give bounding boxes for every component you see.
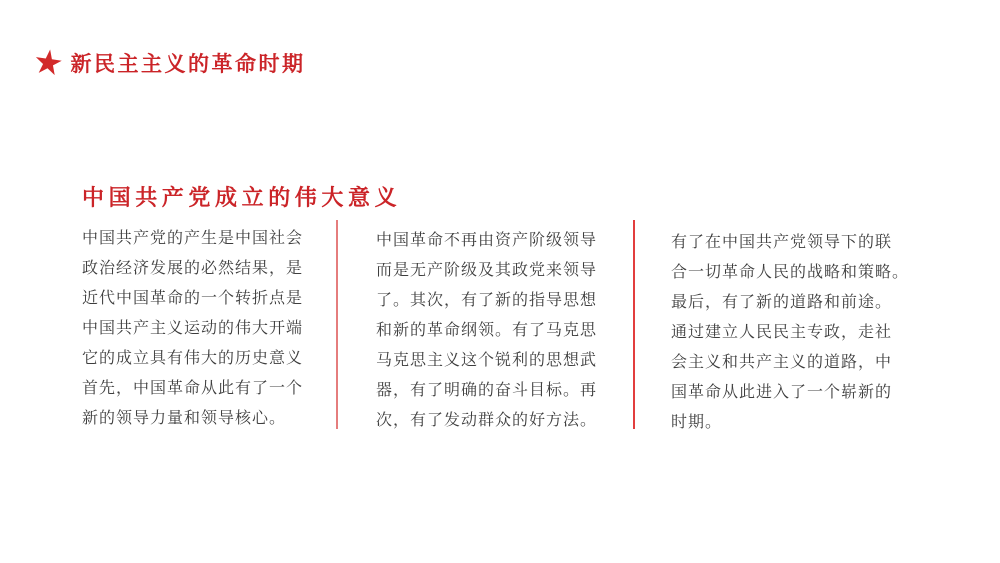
text-line: 了。其次，有了新的指导思想 [376,286,616,316]
text-line: 中国共产主义运动的伟大开端 [82,314,322,344]
text-line: 器，有了明确的奋斗目标。再 [376,376,616,406]
column-1: 中国共产党的产生是中国社会 政治经济发展的必然结果，是 近代中国革命的一个转折点… [82,224,322,434]
text-line: 国革命从此进入了一个崭新的 [671,378,921,408]
text-line: 最后，有了新的道路和前途。 [671,288,921,318]
text-line: 首先，中国革命从此有了一个 [82,374,322,404]
text-line: 次，有了发动群众的好方法。 [376,406,616,436]
text-line: 中国共产党的产生是中国社会 [82,224,322,254]
text-line: 马克思主义这个锐利的思想武 [376,346,616,376]
text-line: 而是无产阶级及其政党来领导 [376,256,616,286]
text-line: 有了在中国共产党领导下的联 [671,228,921,258]
star-icon: ★ [31,44,66,82]
section-heading: 中国共产党成立的伟大意义 [82,181,401,212]
text-line: 近代中国革命的一个转折点是 [82,284,322,314]
text-line: 政治经济发展的必然结果，是 [82,254,322,284]
column-divider-left [336,220,338,429]
text-line: 中国革命不再由资产阶级领导 [376,226,616,256]
text-line: 新的领导力量和领导核心。 [82,404,322,434]
slide-title: 新民主主义的革命时期 [70,48,305,78]
text-line: 时期。 [671,408,921,438]
text-line: 会主义和共产主义的道路，中 [671,348,921,378]
text-line: 它的成立具有伟大的历史意义 [82,344,322,374]
column-2: 中国革命不再由资产阶级领导 而是无产阶级及其政党来领导 了。其次，有了新的指导思… [376,226,616,436]
column-divider-right [633,220,635,429]
text-line: 合一切革命人民的战略和策略。 [671,258,921,288]
text-line: 和新的革命纲领。有了马克思 [376,316,616,346]
text-line: 通过建立人民民主专政，走社 [671,318,921,348]
slide: ★ 新民主主义的革命时期 中国共产党成立的伟大意义 中国共产党的产生是中国社会 … [0,0,1000,563]
column-3: 有了在中国共产党领导下的联 合一切革命人民的战略和策略。 最后，有了新的道路和前… [671,228,921,438]
slide-header: ★ 新民主主义的革命时期 [33,46,305,80]
